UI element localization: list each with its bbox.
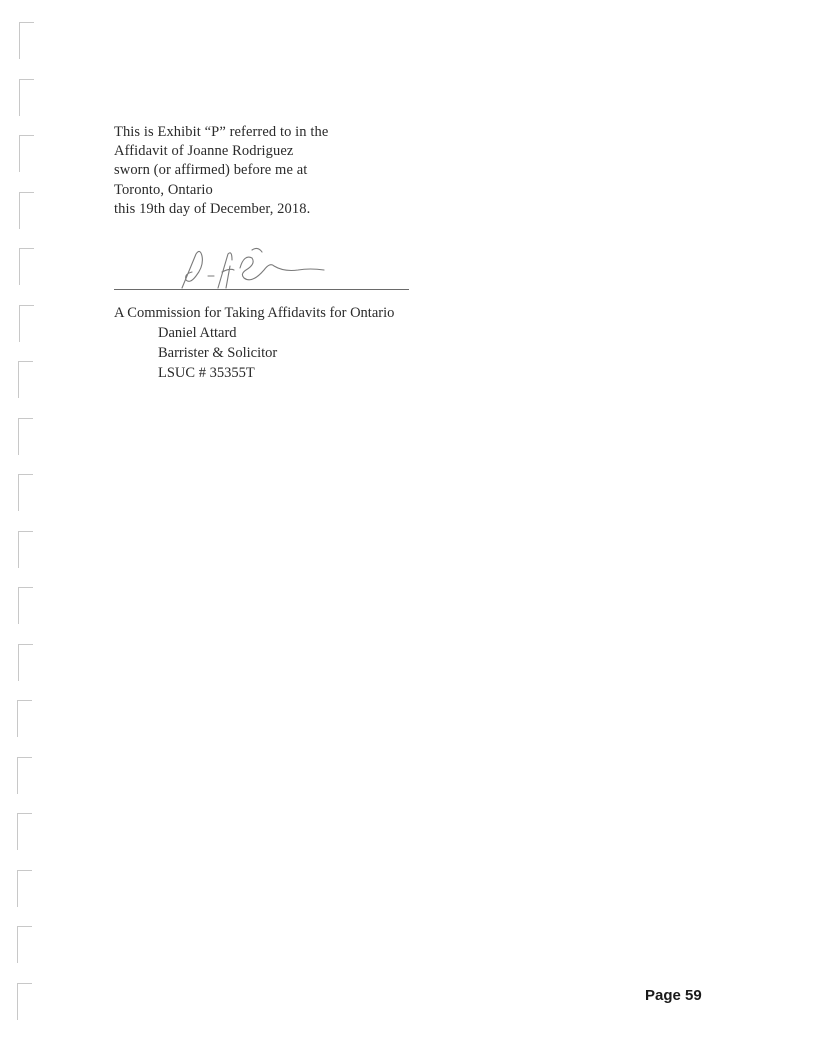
margin-bracket-mark xyxy=(19,79,34,116)
margin-bracket-mark xyxy=(19,22,34,59)
exhibit-line: Toronto, Ontario xyxy=(114,181,328,200)
exhibit-line: This is Exhibit “P” referred to in the xyxy=(114,123,328,142)
margin-bracket-mark xyxy=(18,531,33,568)
exhibit-line: this 19th day of December, 2018. xyxy=(114,200,328,219)
margin-bracket-mark xyxy=(18,587,33,624)
margin-bracket-mark xyxy=(18,474,33,511)
commissioner-role: Barrister & Solicitor xyxy=(114,343,394,363)
exhibit-line: sworn (or affirmed) before me at xyxy=(114,161,328,180)
commissioner-license: LSUC # 35355T xyxy=(114,363,394,383)
signature-image xyxy=(174,240,354,292)
margin-bracket-mark xyxy=(18,361,33,398)
margin-bracket-mark xyxy=(17,926,32,963)
margin-bracket-mark xyxy=(17,757,32,794)
signature-block xyxy=(114,240,409,292)
margin-bracket-mark xyxy=(19,305,34,342)
margin-bracket-mark xyxy=(18,644,33,681)
exhibit-statement: This is Exhibit “P” referred to in the A… xyxy=(114,123,328,219)
margin-bracket-mark xyxy=(17,983,32,1020)
commissioner-name: Daniel Attard xyxy=(114,323,394,343)
margin-bracket-mark xyxy=(19,248,34,285)
exhibit-line: Affidavit of Joanne Rodriguez xyxy=(114,142,328,161)
margin-bracket-mark xyxy=(17,813,32,850)
commissioner-title: A Commission for Taking Affidavits for O… xyxy=(114,303,394,323)
binder-margin-marks xyxy=(0,0,40,1056)
page-number: Page 59 xyxy=(645,987,702,1004)
commissioner-block: A Commission for Taking Affidavits for O… xyxy=(114,303,394,383)
signature-line xyxy=(114,289,409,290)
margin-bracket-mark xyxy=(19,135,34,172)
margin-bracket-mark xyxy=(19,192,34,229)
margin-bracket-mark xyxy=(17,870,32,907)
margin-bracket-mark xyxy=(17,700,32,737)
margin-bracket-mark xyxy=(18,418,33,455)
